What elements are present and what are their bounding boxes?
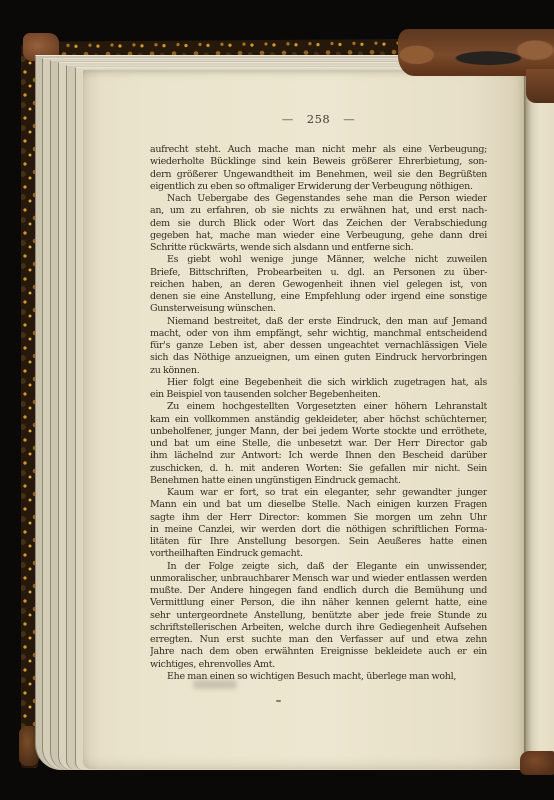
text-line: Kaum war er fort, so trat ein eleganter,…: [150, 487, 487, 499]
text-line: dern größerer Ungewandtheit im Benehmen,…: [150, 169, 487, 181]
text-line: Schritte rückwärts, wende sich alsdann u…: [150, 242, 487, 254]
text-line: Nach Uebergabe des Gegenstandes sehe man…: [150, 193, 487, 205]
text-line: Vermittlung einer Person, die ihn näher …: [150, 597, 487, 609]
text-line: zuschicken, d. h. mit anderen Worten: Si…: [150, 463, 487, 475]
text-line: Gunsterweisung wünschen.: [150, 303, 487, 315]
text-line: Mann ein und bat um dieselbe Stelle. Nac…: [150, 499, 487, 511]
text-line: Es giebt wohl wenige junge Männer, welch…: [150, 254, 487, 266]
text-line: wichtiges, ehrenvolles Amt.: [150, 659, 487, 671]
ink-speck: [276, 700, 281, 702]
text-line: eigentlich zu eben so oftmaliger Erwider…: [150, 181, 487, 193]
text-line: sagte ihm der Herr Director: kommen Sie …: [150, 512, 487, 524]
text-line: erregten. Nun erst suchte man den Verfas…: [150, 634, 487, 646]
text-line: unbeholfener, junger Mann, der bei jedem…: [150, 426, 487, 438]
header-dash-right: —: [343, 112, 355, 126]
page-number: 258: [307, 112, 330, 126]
header-dash-left: —: [282, 112, 294, 126]
text-line: Benehmen hatte einen ungünstigen Eindruc…: [150, 475, 487, 487]
leather-corner-bottom-right: [520, 751, 554, 775]
text-line: ein Beispiel von tausenden solcher Begeb…: [150, 389, 487, 401]
text-line: unmoralischer, unbrauchbarer Mensch war …: [150, 573, 487, 585]
text-line: sich das Nöthige anzueignen, um einen gu…: [150, 352, 487, 364]
text-line: an, um zu erfahren, ob sie nichts zu erw…: [150, 205, 487, 217]
text-line: Briefe, Bittschriften, Probearbeiten u. …: [150, 267, 487, 279]
text-line: dem sie durch Blick oder Wort das Zeiche…: [150, 218, 487, 230]
leather-spine-top-right: [398, 29, 554, 76]
text-line: und bat um eine Stelle, die unbesetzt wa…: [150, 438, 487, 450]
ink-bleed-smudge: [193, 680, 237, 689]
text-line: denen sie eine Anstellung, eine Empfehlu…: [150, 291, 487, 303]
text-line: sehr untergeordnete Anstellung, benützte…: [150, 610, 487, 622]
text-line: litäten für Ihre Anstellung besorgen. Se…: [150, 536, 487, 548]
text-line: macht, oder von ihm empfängt, sehr wicht…: [150, 328, 487, 340]
text-line: Jahre nach dem oben erwähnten Ereignisse…: [150, 646, 487, 658]
text-line: zu können.: [150, 365, 487, 377]
page-text-block: aufrecht steht. Auch mache man nicht meh…: [150, 144, 487, 683]
text-line: schriftstellerischen Arbeiten, welche du…: [150, 622, 487, 634]
text-line: ihm lächelnd zur Antwort: Ich werde Ihne…: [150, 450, 487, 462]
facing-page-fore-edge: [524, 72, 554, 768]
text-line: reichen haben, an deren Gewogenheit ihne…: [150, 279, 487, 291]
text-line: in meine Canzlei, wir werden dort die nö…: [150, 524, 487, 536]
book-page: —258— aufrecht steht. Auch mache man nic…: [83, 70, 524, 769]
text-line: kam ein vollkommen anständig gekleideter…: [150, 414, 487, 426]
text-line: aufrecht steht. Auch mache man nicht meh…: [150, 144, 487, 156]
text-line: Zu einem hochgestellten Vorgesetzten ein…: [150, 401, 487, 413]
text-line: Niemand bestreitet, daß der erste Eindru…: [150, 316, 487, 328]
text-line: mußte. Der Andere hingegen fand endlich …: [150, 585, 487, 597]
page-header: —258—: [150, 112, 487, 126]
text-line: Hier folgt eine Begebenheit die sich wir…: [150, 377, 487, 389]
text-line: wiederholte Bücklinge sind kein Beweis g…: [150, 156, 487, 168]
book-photograph: —258— aufrecht steht. Auch mache man nic…: [0, 0, 554, 800]
text-line: vortheilhaften Eindruck gemacht.: [150, 548, 487, 560]
text-line: gegeben hat, mache man wieder eine Verbe…: [150, 230, 487, 242]
text-line: für's ganze Leben ist, aber dessen ungea…: [150, 340, 487, 352]
text-line: In der Folge zeigte sich, daß der Elegan…: [150, 561, 487, 573]
